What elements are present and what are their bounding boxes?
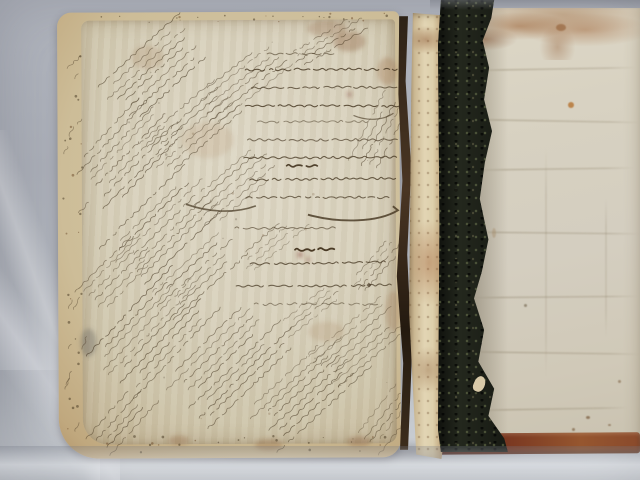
cover-stain-spot xyxy=(556,24,566,31)
handwriting-layer xyxy=(57,11,401,458)
marginalia-block xyxy=(74,230,160,317)
marginalia-block xyxy=(85,262,222,401)
marginalia-block xyxy=(237,208,310,274)
inner-cover-page xyxy=(468,8,640,450)
edge-speckle-group xyxy=(62,12,390,453)
cover-stain-spot xyxy=(568,102,574,108)
marginalia-block xyxy=(66,87,191,214)
marginalia-block xyxy=(348,88,401,175)
marginalia-block xyxy=(160,289,303,431)
cover-stain-spot xyxy=(492,228,496,238)
marginalia-block xyxy=(98,162,228,291)
cover-stain-spot xyxy=(608,424,611,426)
cover-crease xyxy=(545,148,547,378)
marginalia-block xyxy=(96,12,214,126)
rust-stain-band xyxy=(468,8,640,60)
cover-crease xyxy=(472,295,638,298)
cover-stain-spot xyxy=(572,428,575,431)
marginalia-group xyxy=(65,11,401,458)
marginalia-block xyxy=(85,381,160,459)
manuscript-page xyxy=(57,11,401,458)
cover-stain-spot xyxy=(586,416,590,419)
cover-stain-spot xyxy=(618,380,621,383)
cover-stain-spot xyxy=(524,304,527,307)
cover-crease xyxy=(605,198,607,338)
photo-scene xyxy=(0,0,640,480)
